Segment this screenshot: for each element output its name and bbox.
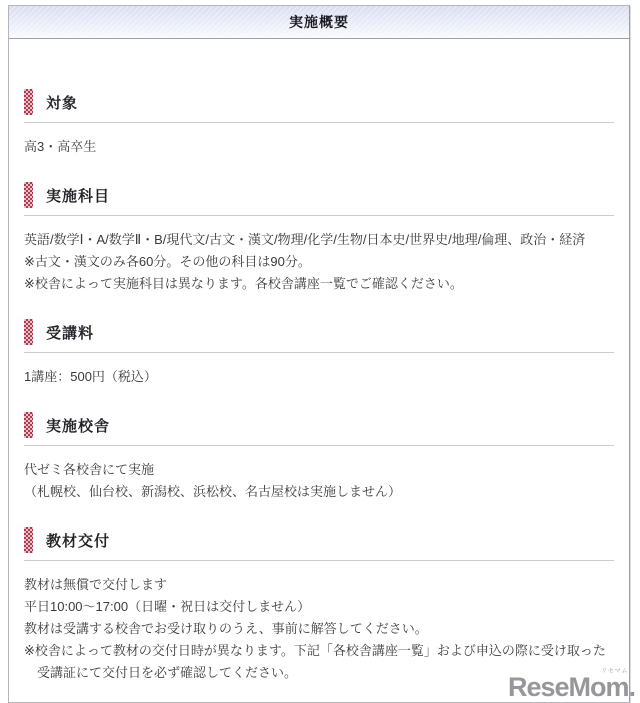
section-marker-icon xyxy=(24,319,33,345)
body-line: 平日10:00～17:00（日曜・祝日は交付しません） xyxy=(24,596,614,618)
section-marker-icon xyxy=(24,412,33,438)
resemom-watermark-logo: リセマム ReseMom. xyxy=(508,667,635,701)
header-bar: 実施概要 xyxy=(9,6,629,39)
section-heading: 実施科目 xyxy=(46,185,110,206)
section-marker-icon xyxy=(24,182,33,208)
section-heading-row: 対象 xyxy=(24,89,614,115)
section-divider xyxy=(24,560,614,561)
section-heading: 対象 xyxy=(46,92,78,113)
body-line: （札幌校、仙台校、新潟校、浜松校、名古屋校は実施しません） xyxy=(24,481,614,503)
section-heading-row: 受講料 xyxy=(24,319,614,345)
body-line: 教材は無償で交付します xyxy=(24,574,614,596)
section-materials: 教材交付 教材は無償で交付します 平日10:00～17:00（日曜・祝日は交付し… xyxy=(24,527,614,684)
section-heading: 教材交付 xyxy=(46,530,110,551)
section-heading-row: 教材交付 xyxy=(24,527,614,553)
page-title: 実施概要 xyxy=(289,12,349,32)
section-body: 代ゼミ各校舎にて実施 （札幌校、仙台校、新潟校、浜松校、名古屋校は実施しません） xyxy=(24,459,614,503)
body-line: 代ゼミ各校舎にて実施 xyxy=(24,459,614,481)
section-divider xyxy=(24,352,614,353)
section-heading: 受講料 xyxy=(46,322,94,343)
section-divider xyxy=(24,445,614,446)
body-line: 英語/数学Ⅰ・A/数学Ⅱ・B/現代文/古文・漢文/物理/化学/生物/日本史/世界… xyxy=(24,229,614,251)
section-heading-row: 実施校舎 xyxy=(24,412,614,438)
body-line: ※校舎によって教材の交付日時が異なります。下記「各校舎講座一覧」および申込の際に… xyxy=(24,640,614,662)
body-line: 高3・高卒生 xyxy=(24,136,614,158)
watermark-ruby: リセマム xyxy=(527,668,635,674)
section-divider xyxy=(24,122,614,123)
body-line: ※古文・漢文のみ各60分。その他の科目は90分。 xyxy=(24,251,614,273)
section-body: 高3・高卒生 xyxy=(24,136,614,158)
section-heading: 実施校舎 xyxy=(46,415,110,436)
section-subjects: 実施科目 英語/数学Ⅰ・A/数学Ⅱ・B/現代文/古文・漢文/物理/化学/生物/日… xyxy=(24,182,614,295)
section-marker-icon xyxy=(24,527,33,553)
section-heading-row: 実施科目 xyxy=(24,182,614,208)
body-line: 1講座：500円（税込） xyxy=(24,366,614,388)
body-line: ※校舎によって実施科目は異なります。各校舎講座一覧でご確認ください。 xyxy=(24,273,614,295)
content-area: 対象 高3・高卒生 実施科目 英語/数学Ⅰ・A/数学Ⅱ・B/現代文/古文・漢文/… xyxy=(9,39,629,684)
section-target: 対象 高3・高卒生 xyxy=(24,89,614,158)
watermark-text: ReseMom. xyxy=(508,672,635,702)
section-campuses: 実施校舎 代ゼミ各校舎にて実施 （札幌校、仙台校、新潟校、浜松校、名古屋校は実施… xyxy=(24,412,614,503)
section-divider xyxy=(24,215,614,216)
section-marker-icon xyxy=(24,89,33,115)
body-line: 教材は受講する校舎でお受け取りのうえ、事前に解答してください。 xyxy=(24,618,614,640)
section-body: 英語/数学Ⅰ・A/数学Ⅱ・B/現代文/古文・漢文/物理/化学/生物/日本史/世界… xyxy=(24,229,614,295)
section-fee: 受講料 1講座：500円（税込） xyxy=(24,319,614,388)
main-panel: 実施概要 対象 高3・高卒生 実施科目 英語/数学Ⅰ・A/数学Ⅱ・B/現代文/古… xyxy=(8,5,630,703)
section-body: 1講座：500円（税込） xyxy=(24,366,614,388)
